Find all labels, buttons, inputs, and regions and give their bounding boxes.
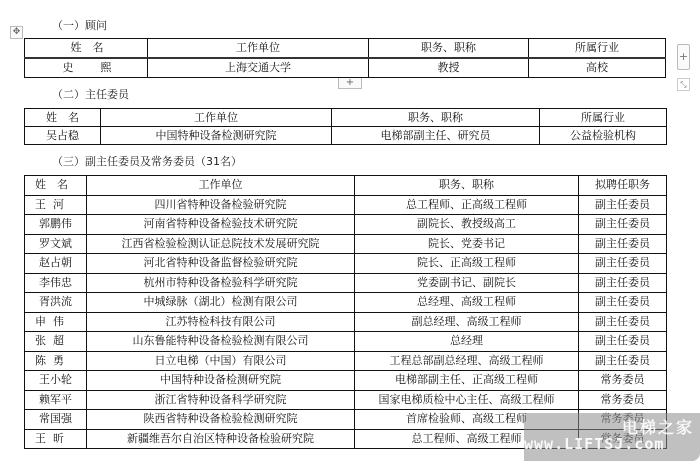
section-heading-deputy-standing: （三）副主任委员及常务委员（31名） [52, 153, 242, 169]
add-column-button[interactable]: + [677, 44, 690, 70]
header-industry: 所属行业 [529, 39, 666, 59]
cell-role: 副主任委员 [579, 312, 667, 332]
director-table: 姓 名 工作单位 职务、职称 所属行业 吴占稳 中国特种设备检测研究院 电梯部副… [24, 108, 667, 145]
cell-title: 总经理 [355, 332, 579, 352]
table-move-handle-icon[interactable]: ✥ [10, 26, 23, 39]
header-unit: 工作单位 [87, 176, 355, 196]
deputy-standing-table: 姓 名 工作单位 职务、职称 拟聘任职务 王河 四川省特种设备检验研究院 总工程… [24, 175, 667, 449]
table-header-row: 姓 名 工作单位 职务、职称 拟聘任职务 [25, 176, 667, 196]
cell-title: 电梯部副主任、研究员 [332, 127, 540, 145]
header-unit: 工作单位 [101, 109, 332, 127]
cell-name: 王昕 [25, 429, 87, 449]
cell-unit: 中城绿脉（湖北）检测有限公司 [87, 293, 355, 313]
cell-unit: 陕西省特种设备检验检测研究院 [87, 410, 355, 430]
cell-title: 院长、党委书记 [355, 234, 579, 254]
cell-title: 教授 [369, 58, 529, 78]
cell-industry: 高校 [529, 58, 666, 78]
cell-unit: 杭州市特种设备检验科学研究院 [87, 273, 355, 293]
header-unit: 工作单位 [148, 39, 369, 59]
section-heading-advisor: （一）顾问 [52, 17, 107, 33]
cell-name: 胥洪流 [25, 293, 87, 313]
cell-title: 电梯部副主任、正高级工程师 [355, 371, 579, 391]
cell-role: 副主任委员 [579, 273, 667, 293]
cell-unit: 新疆维吾尔自治区特种设备检验研究院 [87, 429, 355, 449]
cell-unit: 浙江省特种设备科学研究院 [87, 390, 355, 410]
cell-title: 总工程师、正高级工程师 [355, 195, 579, 215]
table-row: 王小轮 中国特种设备检测研究院 电梯部副主任、正高级工程师 常务委员 [25, 371, 667, 391]
cell-title: 党委副书记、副院长 [355, 273, 579, 293]
cell-unit: 上海交通大学 [148, 58, 369, 78]
cell-role: 常务委员 [579, 371, 667, 391]
cell-title: 工程总部副总经理、高级工程师 [355, 351, 579, 371]
cell-role: 副主任委员 [579, 234, 667, 254]
cell-unit: 河南省特种设备检验技术研究院 [87, 215, 355, 235]
cell-unit: 山东鲁能特种设备检验检测有限公司 [87, 332, 355, 352]
cell-title: 副总经理、高级工程师 [355, 312, 579, 332]
cell-unit: 中国特种设备检测研究院 [87, 371, 355, 391]
cell-role: 常务委员 [579, 390, 667, 410]
cell-name: 王河 [25, 195, 87, 215]
cell-unit: 中国特种设备检测研究院 [101, 127, 332, 145]
cell-industry: 公益检验机构 [540, 127, 667, 145]
table-row: 常国强 陕西省特种设备检验检测研究院 首席检验师、高级工程师 常务委员 [25, 410, 667, 430]
cell-name: 吴占稳 [25, 127, 101, 145]
table-row: 申伟 江苏特检科技有限公司 副总经理、高级工程师 副主任委员 [25, 312, 667, 332]
cell-unit: 江西省检验检测认证总院技术发展研究院 [87, 234, 355, 254]
table-resize-handle-icon[interactable]: ⤡ [677, 78, 690, 91]
table-row: 陈勇 日立电梯（中国）有限公司 工程总部副总经理、高级工程师 副主任委员 [25, 351, 667, 371]
cell-name: 申伟 [25, 312, 87, 332]
table-row: 吴占稳 中国特种设备检测研究院 电梯部副主任、研究员 公益检验机构 [25, 127, 667, 145]
cell-role: 副主任委员 [579, 293, 667, 313]
cell-name: 罗文斌 [25, 234, 87, 254]
table-row: 王河 四川省特种设备检验研究院 总工程师、正高级工程师 副主任委员 [25, 195, 667, 215]
header-name: 姓 名 [25, 39, 148, 59]
cell-name: 陈勇 [25, 351, 87, 371]
table-row: 李伟忠 杭州市特种设备检验科学研究院 党委副书记、副院长 副主任委员 [25, 273, 667, 293]
header-role: 拟聘任职务 [579, 176, 667, 196]
table-header-row: 姓 名 工作单位 职务、职称 所属行业 [25, 39, 666, 59]
header-name: 姓 名 [25, 176, 87, 196]
cell-name: 史熙 [25, 58, 148, 78]
cell-title: 副院长、教授级高工 [355, 215, 579, 235]
cell-role: 副主任委员 [579, 332, 667, 352]
add-row-button[interactable]: + [338, 77, 362, 89]
cell-name: 王小轮 [25, 371, 87, 391]
table-row: 赵占朝 河北省特种设备监督检验研究院 院长、正高级工程师 副主任委员 [25, 254, 667, 274]
advisor-table: 姓 名 工作单位 职务、职称 所属行业 史熙 上海交通大学 教授 高校 [24, 38, 666, 78]
header-title: 职务、职称 [369, 39, 529, 59]
cell-title: 总工程师、高级工程师 [355, 429, 579, 449]
cell-name: 常国强 [25, 410, 87, 430]
cell-role: 副主任委员 [579, 351, 667, 371]
cell-title: 国家电梯质检中心主任、高级工程师 [355, 390, 579, 410]
cell-name: 郭鹏伟 [25, 215, 87, 235]
cell-unit: 日立电梯（中国）有限公司 [87, 351, 355, 371]
cell-unit: 江苏特检科技有限公司 [87, 312, 355, 332]
table-row: 罗文斌 江西省检验检测认证总院技术发展研究院 院长、党委书记 副主任委员 [25, 234, 667, 254]
cell-role: 常务委员 [579, 429, 667, 449]
table-row: 郭鹏伟 河南省特种设备检验技术研究院 副院长、教授级高工 副主任委员 [25, 215, 667, 235]
header-industry: 所属行业 [540, 109, 667, 127]
cell-name: 李伟忠 [25, 273, 87, 293]
cell-role: 副主任委员 [579, 215, 667, 235]
cell-role: 副主任委员 [579, 195, 667, 215]
cell-title: 总经理、高级工程师 [355, 293, 579, 313]
section-heading-director: （二）主任委员 [52, 86, 129, 102]
cell-unit: 河北省特种设备监督检验研究院 [87, 254, 355, 274]
cell-name: 赖军平 [25, 390, 87, 410]
table-row: 史熙 上海交通大学 教授 高校 [25, 58, 666, 78]
cell-name: 赵占朝 [25, 254, 87, 274]
cell-title: 首席检验师、高级工程师 [355, 410, 579, 430]
cell-role: 副主任委员 [579, 254, 667, 274]
header-name: 姓 名 [25, 109, 101, 127]
cell-title: 院长、正高级工程师 [355, 254, 579, 274]
table-row: 王昕 新疆维吾尔自治区特种设备检验研究院 总工程师、高级工程师 常务委员 [25, 429, 667, 449]
cell-role: 常务委员 [579, 410, 667, 430]
table-row: 赖军平 浙江省特种设备科学研究院 国家电梯质检中心主任、高级工程师 常务委员 [25, 390, 667, 410]
cell-unit: 四川省特种设备检验研究院 [87, 195, 355, 215]
header-title: 职务、职称 [332, 109, 540, 127]
table-row: 张超 山东鲁能特种设备检验检测有限公司 总经理 副主任委员 [25, 332, 667, 352]
table-row: 胥洪流 中城绿脉（湖北）检测有限公司 总经理、高级工程师 副主任委员 [25, 293, 667, 313]
table-header-row: 姓 名 工作单位 职务、职称 所属行业 [25, 109, 667, 127]
cell-name: 张超 [25, 332, 87, 352]
header-title: 职务、职称 [355, 176, 579, 196]
